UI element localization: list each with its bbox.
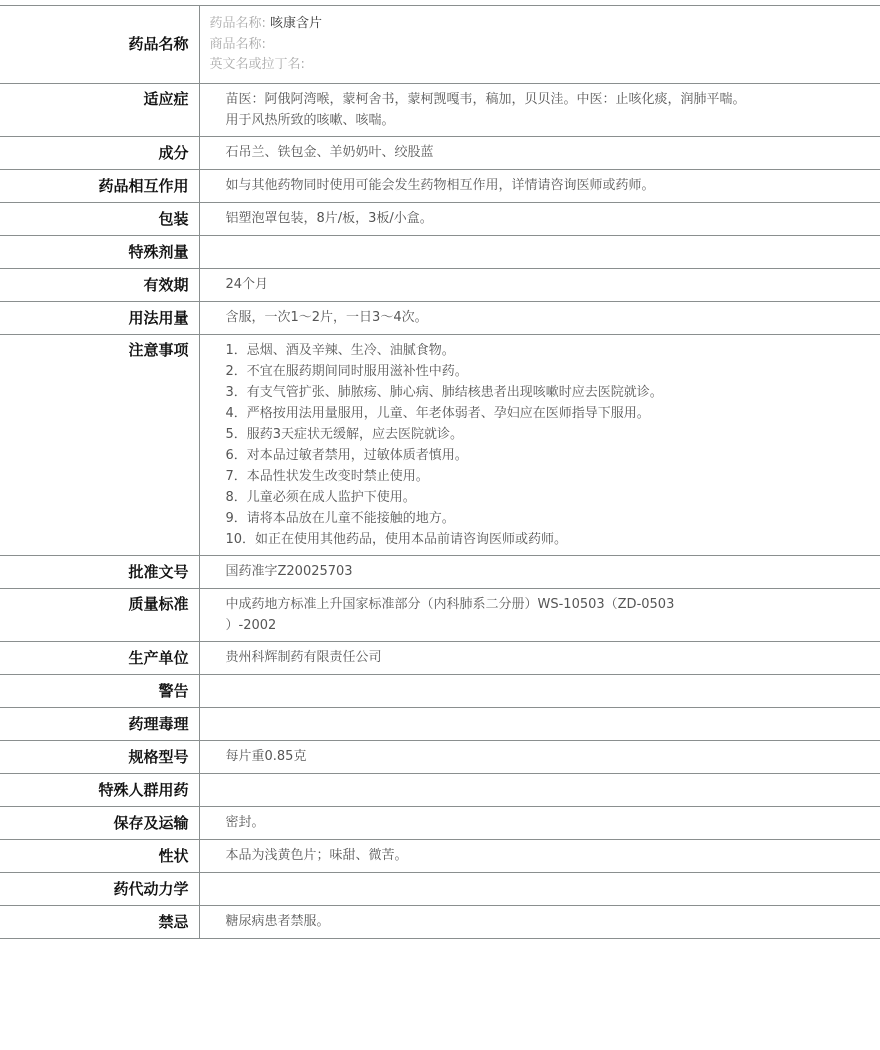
row-dosage: 用法用量 含服，一次1～2片，一日3～4次。 [0,302,880,335]
value-line: 苗医：阿俄阿湾喉，蒙柯舍书，蒙柯觊嘎韦，稿加，贝贝洼。中医：止咳化痰，润肺平喘。 [226,89,880,110]
row-label: 有效期 [0,269,199,302]
row-label: 药品相互作用 [0,170,199,203]
row-ingredients: 成分 石吊兰、铁包金、羊奶奶叶、绞股蓝 [0,137,880,170]
precaution-item: 9．请将本品放在儿童不能接触的地方。 [226,508,880,529]
row-label: 药品名称 [0,6,199,84]
row-value [199,675,880,708]
precaution-item: 8．儿童必须在成人监护下使用。 [226,487,880,508]
row-value [199,708,880,741]
row-label: 批准文号 [0,556,199,589]
row-value: 24个月 [199,269,880,302]
row-label: 规格型号 [0,741,199,774]
precaution-item: 6．对本品过敏者禁用，过敏体质者慎用。 [226,445,880,466]
row-label: 成分 [0,137,199,170]
row-value: 如与其他药物同时使用可能会发生药物相互作用，详情请咨询医师或药师。 [199,170,880,203]
generic-name-value: 咳康含片 [270,16,322,31]
row-value: 苗医：阿俄阿湾喉，蒙柯舍书，蒙柯觊嘎韦，稿加，贝贝洼。中医：止咳化痰，润肺平喘。… [199,84,880,137]
drug-name-cell: 药品名称: 咳康含片 商品名称: 英文名或拉丁名: [199,6,880,84]
row-label: 生产单位 [0,642,199,675]
row-warning: 警告 [0,675,880,708]
precautions-list: 1．忌烟、酒及辛辣、生冷、油腻食物。 2．不宜在服药期间同时服用滋补性中药。 3… [226,340,880,550]
row-value: 含服，一次1～2片，一日3～4次。 [199,302,880,335]
row-manufacturer: 生产单位 贵州科辉制药有限责任公司 [0,642,880,675]
row-quality-standard: 质量标准 中成药地方标准上升国家标准部分（内科肺系二分册）WS-10503（ZD… [0,589,880,642]
trade-name-prefix: 商品名称: [210,37,266,52]
row-label: 药理毒理 [0,708,199,741]
row-label: 特殊人群用药 [0,774,199,807]
english-name-line: 英文名或拉丁名: [210,55,880,76]
row-label: 警告 [0,675,199,708]
row-storage: 保存及运输 密封。 [0,807,880,840]
row-value: 密封。 [199,807,880,840]
value-line: ）-2002 [226,615,880,636]
precaution-item: 5．服药3天症状无缓解，应去医院就诊。 [226,424,880,445]
precaution-item: 4．严格按用法用量服用，儿童、年老体弱者、孕妇应在医师指导下服用。 [226,403,880,424]
row-approval-number: 批准文号 国药准字Z20025703 [0,556,880,589]
english-name-prefix: 英文名或拉丁名: [210,57,305,72]
row-value: 铝塑泡罩包装，8片/板，3板/小盒。 [199,203,880,236]
row-packaging: 包装 铝塑泡罩包装，8片/板，3板/小盒。 [0,203,880,236]
value-line: 中成药地方标准上升国家标准部分（内科肺系二分册）WS-10503（ZD-0503 [226,594,880,615]
precaution-item: 1．忌烟、酒及辛辣、生冷、油腻食物。 [226,340,880,361]
trade-name-line: 商品名称: [210,35,880,56]
row-value [199,236,880,269]
row-label: 禁忌 [0,906,199,939]
row-value [199,774,880,807]
row-value: 1．忌烟、酒及辛辣、生冷、油腻食物。 2．不宜在服药期间同时服用滋补性中药。 3… [199,335,880,556]
row-value [199,873,880,906]
precaution-item: 10．如正在使用其他药品，使用本品前请咨询医师或药师。 [226,529,880,550]
row-value: 本品为浅黄色片；味甜、微苦。 [199,840,880,873]
row-drug-name: 药品名称 药品名称: 咳康含片 商品名称: 英文名或拉丁名: [0,6,880,84]
row-label: 性状 [0,840,199,873]
drug-spec-table: 药品名称 药品名称: 咳康含片 商品名称: 英文名或拉丁名: 适应症 苗医：阿俄… [0,5,880,939]
row-pharmacology: 药理毒理 [0,708,880,741]
row-value: 石吊兰、铁包金、羊奶奶叶、绞股蓝 [199,137,880,170]
row-special-dosage: 特殊剂量 [0,236,880,269]
row-label: 药代动力学 [0,873,199,906]
generic-name-line: 药品名称: 咳康含片 [210,14,880,35]
row-value: 每片重0.85克 [199,741,880,774]
row-special-population: 特殊人群用药 [0,774,880,807]
row-precautions: 注意事项 1．忌烟、酒及辛辣、生冷、油腻食物。 2．不宜在服药期间同时服用滋补性… [0,335,880,556]
row-indications: 适应症 苗医：阿俄阿湾喉，蒙柯舍书，蒙柯觊嘎韦，稿加，贝贝洼。中医：止咳化痰，润… [0,84,880,137]
value-line: 用于风热所致的咳嗽、咳喘。 [226,110,880,131]
row-pharmacokinetics: 药代动力学 [0,873,880,906]
row-label: 包装 [0,203,199,236]
row-value: 国药准字Z20025703 [199,556,880,589]
row-shelf-life: 有效期 24个月 [0,269,880,302]
row-value: 中成药地方标准上升国家标准部分（内科肺系二分册）WS-10503（ZD-0503… [199,589,880,642]
row-description: 性状 本品为浅黄色片；味甜、微苦。 [0,840,880,873]
row-label: 特殊剂量 [0,236,199,269]
precaution-item: 3．有支气管扩张、肺脓疡、肺心病、肺结核患者出现咳嗽时应去医院就诊。 [226,382,880,403]
precaution-item: 2．不宜在服药期间同时服用滋补性中药。 [226,361,880,382]
row-contraindications: 禁忌 糖尿病患者禁服。 [0,906,880,939]
row-interactions: 药品相互作用 如与其他药物同时使用可能会发生药物相互作用，详情请咨询医师或药师。 [0,170,880,203]
row-value: 糖尿病患者禁服。 [199,906,880,939]
row-value: 贵州科辉制药有限责任公司 [199,642,880,675]
row-label: 适应症 [0,84,199,137]
row-label: 注意事项 [0,335,199,556]
row-label: 用法用量 [0,302,199,335]
row-label: 保存及运输 [0,807,199,840]
generic-name-prefix: 药品名称: [210,16,266,31]
row-label: 质量标准 [0,589,199,642]
row-specification: 规格型号 每片重0.85克 [0,741,880,774]
precaution-item: 7．本品性状发生改变时禁止使用。 [226,466,880,487]
